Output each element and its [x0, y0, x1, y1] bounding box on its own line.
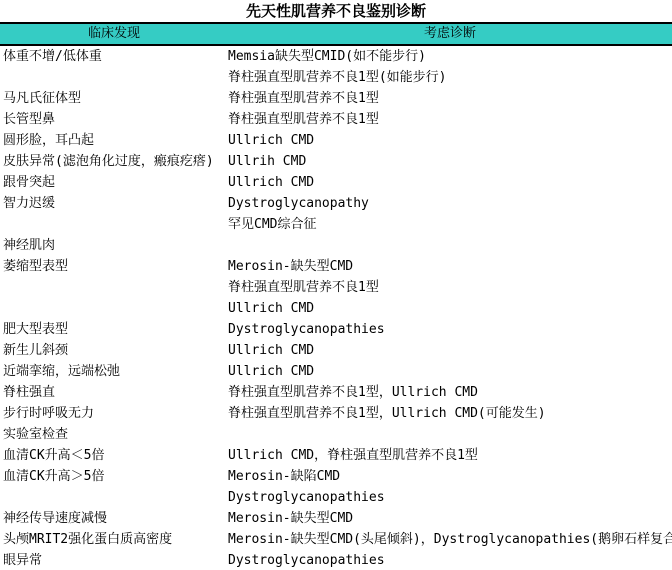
column-header-clinical-finding: 临床发现 — [0, 24, 228, 44]
finding-cell: 脊柱强直 — [0, 382, 228, 403]
finding-cell: 皮肤异常(滤泡角化过度，瘢痕疙瘩) — [0, 151, 228, 172]
diagnosis-cell: Memsia缺失型CMID(如不能步行) — [228, 46, 672, 67]
finding-cell: 眼异常 — [0, 550, 228, 570]
table-row: 眼异常 Dystroglycanopathies — [0, 550, 672, 570]
table-row: 萎缩型表型 Merosin-缺失型CMD — [0, 256, 672, 277]
finding-cell: 神经传导速度减慢 — [0, 508, 228, 529]
finding-cell: 新生儿斜颈 — [0, 340, 228, 361]
table-row: 马凡氏征体型 脊柱强直型肌营养不良1型 — [0, 88, 672, 109]
diagnosis-cell: Merosin-缺失型CMD(头尾倾斜)，Dystroglycanopathie… — [228, 529, 672, 550]
finding-cell: 体重不增/低体重 — [0, 46, 228, 67]
table-row: 跟骨突起 Ullrich CMD — [0, 172, 672, 193]
finding-cell: 圆形脸，耳凸起 — [0, 130, 228, 151]
finding-cell — [0, 298, 228, 319]
diagnosis-cell: Ullrich CMD — [228, 298, 672, 319]
finding-cell: 长管型鼻 — [0, 109, 228, 130]
diagnosis-cell: Merosin-缺失型CMD — [228, 256, 672, 277]
table-row: 皮肤异常(滤泡角化过度，瘢痕疙瘩) Ullrih CMD — [0, 151, 672, 172]
table-row: 体重不增/低体重 Memsia缺失型CMID(如不能步行) — [0, 46, 672, 67]
diagnosis-cell: Dystroglycanopathies — [228, 487, 672, 508]
finding-cell: 血清CK升高＞5倍 — [0, 466, 228, 487]
table-row: 肥大型表型 Dystroglycanopathies — [0, 319, 672, 340]
finding-cell — [0, 67, 228, 88]
diagnosis-cell: Ullrich CMD — [228, 130, 672, 151]
diagnosis-cell: Ullrich CMD — [228, 361, 672, 382]
table-row: Dystroglycanopathies — [0, 487, 672, 508]
diagnosis-cell: Merosin-缺陷CMD — [228, 466, 672, 487]
finding-cell: 近端挛缩，远端松弛 — [0, 361, 228, 382]
diagnosis-cell: Dystroglycanopathies — [228, 550, 672, 570]
diagnosis-table-page: 先天性肌营养不良鉴别诊断 临床发现 考虑诊断 体重不增/低体重 Memsia缺失… — [0, 0, 672, 570]
diagnosis-cell: 脊柱强直型肌营养不良1型，Ullrich CMD(可能发生) — [228, 403, 672, 424]
finding-cell: 血清CK升高＜5倍 — [0, 445, 228, 466]
diagnosis-cell: 脊柱强直型肌营养不良1型 — [228, 277, 672, 298]
diagnosis-cell: 脊柱强直型肌营养不良1型 — [228, 88, 672, 109]
finding-cell: 萎缩型表型 — [0, 256, 228, 277]
diagnosis-cell: 罕见CMD综合征 — [228, 214, 672, 235]
table-row: 长管型鼻 脊柱强直型肌营养不良1型 — [0, 109, 672, 130]
diagnosis-cell: Ullrih CMD — [228, 151, 672, 172]
table-row: 圆形脸，耳凸起 Ullrich CMD — [0, 130, 672, 151]
column-header-considered-diagnosis: 考虑诊断 — [228, 24, 672, 44]
diagnosis-cell: Ullrich CMD，脊柱强直型肌营养不良1型 — [228, 445, 672, 466]
diagnosis-cell — [228, 424, 672, 445]
table-row: Ullrich CMD — [0, 298, 672, 319]
table-row: 脊柱强直型肌营养不良1型(如能步行) — [0, 67, 672, 88]
diagnosis-cell: Dystroglycanopathy — [228, 193, 672, 214]
finding-cell — [0, 487, 228, 508]
table-row: 血清CK升高＞5倍 Merosin-缺陷CMD — [0, 466, 672, 487]
table-row: 脊柱强直 脊柱强直型肌营养不良1型，Ullrich CMD — [0, 382, 672, 403]
finding-cell: 神经肌肉 — [0, 235, 228, 256]
finding-cell: 步行时呼吸无力 — [0, 403, 228, 424]
table-row: 实验室检查 — [0, 424, 672, 445]
diagnosis-cell: Dystroglycanopathies — [228, 319, 672, 340]
finding-cell: 跟骨突起 — [0, 172, 228, 193]
finding-cell — [0, 214, 228, 235]
diagnosis-cell: 脊柱强直型肌营养不良1型(如能步行) — [228, 67, 672, 88]
page-title: 先天性肌营养不良鉴别诊断 — [0, 0, 672, 22]
diagnosis-cell: Ullrich CMD — [228, 172, 672, 193]
table-body: 体重不增/低体重 Memsia缺失型CMID(如不能步行) 脊柱强直型肌营养不良… — [0, 46, 672, 570]
table-row: 步行时呼吸无力 脊柱强直型肌营养不良1型，Ullrich CMD(可能发生) — [0, 403, 672, 424]
table-row: 罕见CMD综合征 — [0, 214, 672, 235]
finding-cell: 智力迟缓 — [0, 193, 228, 214]
table-row: 新生儿斜颈 Ullrich CMD — [0, 340, 672, 361]
table-row: 脊柱强直型肌营养不良1型 — [0, 277, 672, 298]
finding-cell: 实验室检查 — [0, 424, 228, 445]
table-row: 神经传导速度减慢 Merosin-缺失型CMD — [0, 508, 672, 529]
diagnosis-cell: 脊柱强直型肌营养不良1型，Ullrich CMD — [228, 382, 672, 403]
table-row: 近端挛缩，远端松弛 Ullrich CMD — [0, 361, 672, 382]
finding-cell — [0, 277, 228, 298]
diagnosis-cell: Ullrich CMD — [228, 340, 672, 361]
diagnosis-cell — [228, 235, 672, 256]
table-header-row: 临床发现 考虑诊断 — [0, 22, 672, 46]
table-row: 血清CK升高＜5倍 Ullrich CMD，脊柱强直型肌营养不良1型 — [0, 445, 672, 466]
table-row: 智力迟缓 Dystroglycanopathy — [0, 193, 672, 214]
diagnosis-cell: Merosin-缺失型CMD — [228, 508, 672, 529]
table-row: 神经肌肉 — [0, 235, 672, 256]
finding-cell: 肥大型表型 — [0, 319, 228, 340]
table-row: 头颅MRIT2强化蛋白质高密度 Merosin-缺失型CMD(头尾倾斜)，Dys… — [0, 529, 672, 550]
diagnosis-cell: 脊柱强直型肌营养不良1型 — [228, 109, 672, 130]
finding-cell: 头颅MRIT2强化蛋白质高密度 — [0, 529, 228, 550]
finding-cell: 马凡氏征体型 — [0, 88, 228, 109]
